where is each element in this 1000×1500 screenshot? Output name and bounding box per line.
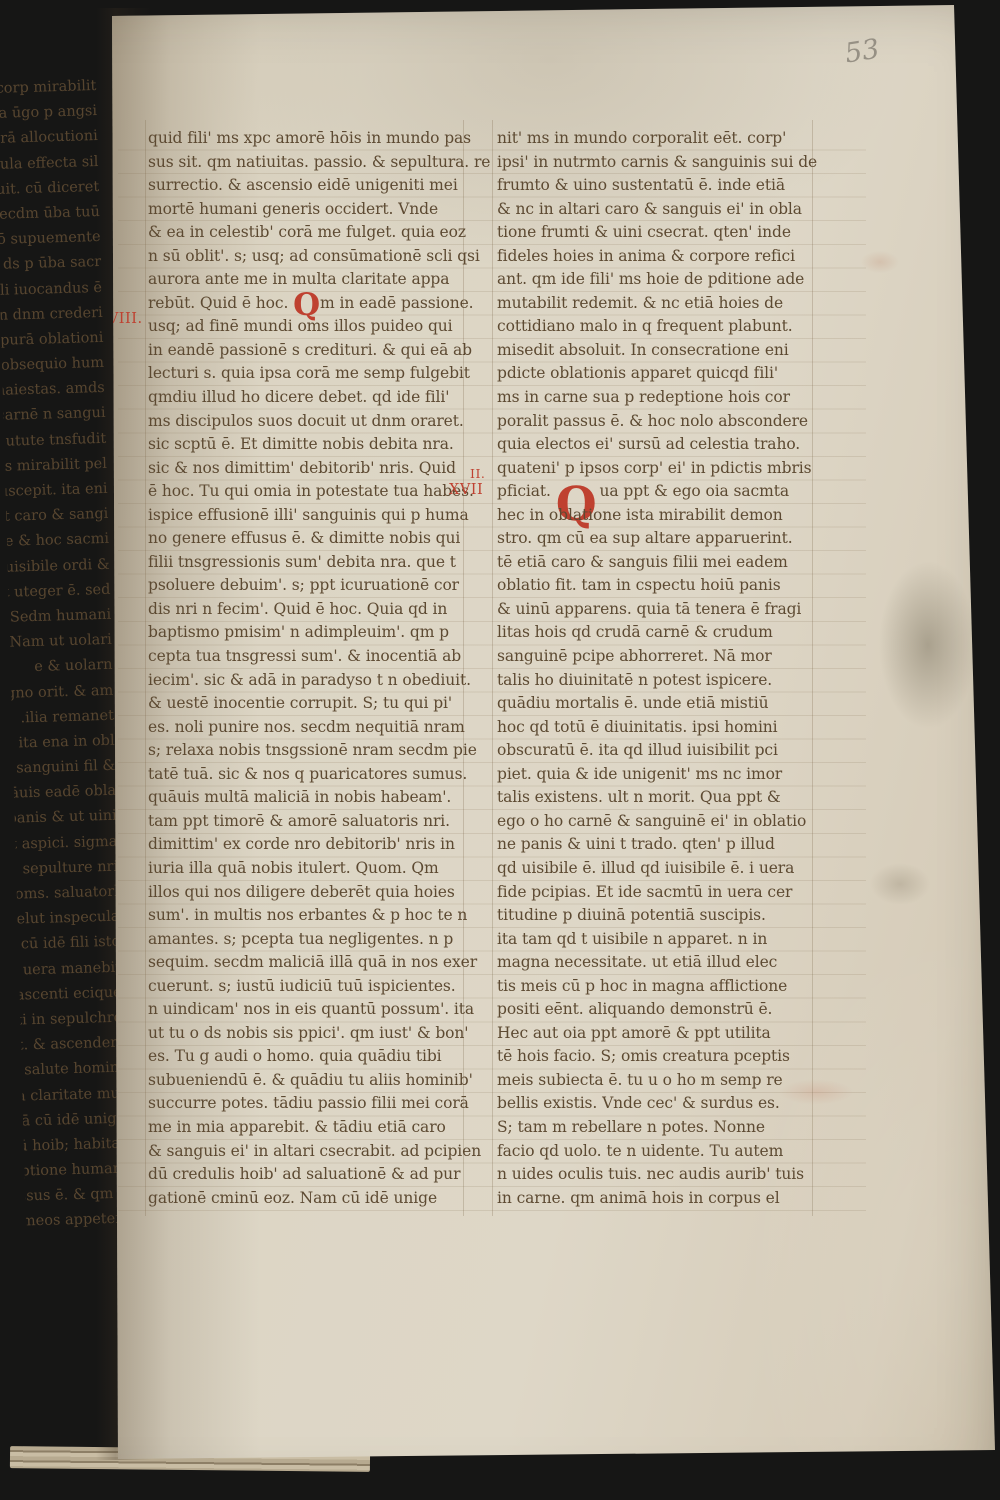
manuscript-text-line: sic & nos dimittim' debitorib' nris. Qui… [148,457,478,481]
manuscript-text-line: cuerunt. s; iustū iudiciū tuū ispiciente… [148,975,478,999]
manuscript-text-line: quādiu mortalis ē. unde etiā mistiū [497,692,827,716]
gutter-line: carnē n sangui [3,401,106,429]
manuscript-text-line: S; tam m rebellare n potes. Nonne [497,1116,827,1140]
manuscript-text-line: nit' ms in mundo corporalit eēt. corp' [497,127,827,151]
manuscript-text-line: usq; ad finē mundi oms illos puideo qui [148,315,478,339]
manuscript-text-line: gationē cminū eoz. Nam cū idē unige [148,1187,478,1211]
manuscript-text-line: magna necessitate. ut etiā illud elec [497,951,827,975]
manuscript-text-line: & nc in altari caro & sanguis ei' in obl… [497,198,827,222]
manuscript-text-line: surrectio. & ascensio eidē unigeniti mei [148,174,478,198]
manuscript-text-line: mutabilit redemit. & nc etiā hoies de [497,292,827,316]
manuscript-text-line: in carne. qm animā hois in corpus el [497,1187,827,1211]
manuscript-text-line: tione frumti & uini csecrat. qten' inde [497,221,827,245]
manuscript-text-line: tam ppt timorē & amorē saluatoris nri. [148,810,478,834]
manuscript-text-line: no genere effusus ē. & dimitte nobis qui [148,527,478,551]
manuscript-text-line: hoc qd totū ē diuinitatis. ipsi homini [497,716,827,740]
manuscript-text-line: quāuis multā maliciā in nobis habeam'. [148,786,478,810]
manuscript-text-line: tē hois facio. S; omis creatura pceptis [497,1045,827,1069]
manuscript-text-line: poralit passus ē. & hoc nolo abscondere [497,410,827,434]
manuscript-text-line: piet. quia & ide unigenit' ms nc imor [497,763,827,787]
manuscript-text-line: ita tam qd t uisibile n apparet. n in [497,928,827,952]
manuscript-text-line: es. Tu g audi o homo. quia quādiu tibi [148,1045,478,1069]
manuscript-text-line: positi eēnt. aliquando demonstrū ē. [497,998,827,1022]
manuscript-text-line: me in mia apparebit. & tādiu etiā caro [148,1116,478,1140]
manuscript-text-line: succurre potes. tādiu passio filii mei c… [148,1092,478,1116]
manuscript-text-line: es. noli punire nos. secdm nequitiā nram [148,716,478,740]
manuscript-text-line: sic scptū ē. Et dimitte nobis debita nra… [148,433,478,457]
manuscript-text-line: ant. qm ide fili' ms hoie de pditione ad… [497,268,827,292]
manuscript-text-line: s; relaxa nobis tnsgssionē nram secdm pi… [148,739,478,763]
manuscript-text-line: & ea in celestib' corā me fulget. quia e… [148,221,478,245]
manuscript-text-line: ms discipulos suos docuit ut dnm oraret. [148,410,478,434]
manuscript-text-line: oblatio fit. tam in cspectu hoiū panis [497,574,827,598]
manuscript-text-line: tē etiā caro & sanguis filii mei eadem [497,551,827,575]
folio-number-pencil: 53 [843,34,882,70]
manuscript-text-line: dū credulis hoib' ad saluationē & ad pur [148,1163,478,1187]
manuscript-text-line: pdicte oblationis apparet quicqd fili' [497,362,827,386]
manuscript-text-line: ipsi' in nutrmto carnis & sanguinis sui … [497,151,827,175]
manuscript-text-line: bellis existis. Vnde cec' & surdus es. [497,1092,827,1116]
manuscript-text-line: ego o ho carnē & sanguinē ei' in oblatio [497,810,827,834]
gutter-line: ō uerā allocutioni [0,124,98,152]
manuscript-text-line: fide pcipias. Et ide sacmtū in uera cer [497,881,827,905]
manuscript-text-line: meis subiecta ē. tu u o ho m semp re [497,1069,827,1093]
manuscript-text-line: cepta tua tnsgressi sum'. & inocentiā ab [148,645,478,669]
gutter-line: s mirabilit pel [5,452,108,480]
manuscript-text-line: stro. qm cū ea sup altare apparuerint. [497,527,827,551]
manuscript-text-line: qd uisibile ē. illud qd iuisibile ē. i u… [497,857,827,881]
gutter-line: dit in dnm crederi [0,301,103,329]
manuscript-text-line: & sanguis ei' in altari csecrabit. ad pc… [148,1140,478,1164]
manuscript-text-line: iecim'. sic & adā in paradyso t n obediu… [148,669,478,693]
gutter-line: nuit. cū diceret. [0,175,100,203]
manuscript-text-line: quia electos ei' sursū ad celestia traho… [497,433,827,457]
manuscript-text-line: sus sit. qm natiuitas. passio. & sepultu… [148,151,478,175]
manuscript-text-line: baptismo pmisim' n adimpleuim'. qm p [148,621,478,645]
manuscript-text-line: ne panis & uini t trado. qten' p illud [497,833,827,857]
gutter-line: ui purā oblationi [1,326,104,354]
manuscript-text-line: hec in oblatione ista mirabilit demon [497,504,827,528]
gutter-line: oū scō supuemente [0,225,101,253]
manuscript-text-line: ut tu o ds nobis sis ppici'. qm iust' & … [148,1022,478,1046]
gutter-line: n secdm ūba tuū. [0,200,100,228]
manuscript-text-line: quid fili' ms xpc amorē hōis in mundo pa… [148,127,478,151]
manuscript-text-line: talis ho diuinitatē n potest ispicere. [497,669,827,693]
manuscript-text-line: iuria illa quā nobis itulert. Quom. Qm [148,857,478,881]
chapter-marginal-ii: II. [470,466,485,481]
manuscript-text-line: quateni' p ipsos corp' ei' in pdictis mb… [497,457,827,481]
gutter-line: mpe ds p ūba sacr [0,250,102,278]
manuscript-text-line: dimittim' ex corde nro debitorib' nris i… [148,833,478,857]
manuscript-text-line: sum'. in multis nos erbantes & p hoc te … [148,904,478,928]
manuscript-photo: nanū corp mirabilitbeata ūgo p angsiō ue… [0,0,1000,1500]
manuscript-text-line: titudine p diuinā potentiā suscipis. [497,904,827,928]
manuscript-text-line: facio qd uolo. te n uidente. Tu autem [497,1140,827,1164]
manuscript-text-line: mortē humani generis occidert. Vnde [148,198,478,222]
gutter-line: de & hoc sacmi [7,527,110,555]
text-column-left: quid fili' ms xpc amorē hōis in mundo pa… [148,127,478,1210]
manuscript-text-line: sanguinē pcipe abhorreret. Nā mor [497,645,827,669]
gutter-line: beata ūgo p angsi [0,99,97,127]
manuscript-text-line: ē hoc. Tu qui omia in potestate tua habe… [148,480,478,504]
manuscript-text-line: misedit absoluit. In consecratione eni [497,339,827,363]
manuscript-text-line: tatē tuā. sic & nos q puaricatores sumus… [148,763,478,787]
manuscript-text-line: n uindicam' nos in eis quantū possum'. i… [148,998,478,1022]
manuscript-text-line: frumto & uino sustentatū ē. inde etiā [497,174,827,198]
manuscript-text-line: amantes. s; pcepta tua negligentes. n p [148,928,478,952]
chapter-marginal-xvii: XVII [449,482,483,498]
manuscript-text-line: litas hois qd crudā carnē & crudum [497,621,827,645]
manuscript-text-line: & uinū apparens. quia tā tenera ē fragi [497,598,827,622]
manuscript-text-line: sequim. secdm maliciā illā quā in nos ex… [148,951,478,975]
manuscript-text-line: & uestē inocentie corrupit. S; tu qui pi… [148,692,478,716]
manuscript-text-line: illos qui nos diligere deberēt quia hoie… [148,881,478,905]
manuscript-text-line: ms in carne sua p redeptione hois cor [497,386,827,410]
gutter-line: lit caro & sangi [6,502,109,530]
gutter-line: & uisibile ordi [7,552,110,580]
manuscript-text-line: pficiat. Qua ppt & ego oia sacmta [497,480,827,504]
manuscript-text-line: qmdiu illud ho dicere debet. qd ide fili… [148,386,478,410]
manuscript-page: 53 XVIII. II. XVII quid fili' ms xpc amo… [0,0,1000,1500]
manuscript-text-line: ispice effusionē illi' sanguinis qui p h… [148,504,478,528]
manuscript-text-line: psoluere debuim'. s; ppt icuruationē cor [148,574,478,598]
manuscript-text-line: filii tnsgressionis sum' debita nra. que… [148,551,478,575]
manuscript-text-line: rebūt. Quid ē hoc. Qm in eadē passione. [148,292,478,316]
gutter-line: nanū corp mirabilit [0,74,97,102]
manuscript-text-line: fideles hoies in anima & corpore refici [497,245,827,269]
manuscript-text-line: subueniendū ē. & quādiu tu aliis hominib… [148,1069,478,1093]
manuscript-text-line: lecturi s. quia ipsa corā me semp fulgeb… [148,362,478,386]
manuscript-text-line: cottidiano malo in q frequent plabunt. [497,315,827,339]
manuscript-text-line: n sū oblit'. s; usq; ad consūmationē scl… [148,245,478,269]
gutter-line: suscepit. ita eni [5,477,108,505]
manuscript-text-line: obscuratū ē. ita qd illud iuisibilit pci [497,739,827,763]
text-column-right: nit' ms in mundo corporalit eēt. corp'ip… [497,127,827,1210]
gutter-line: utute tnsfudit [4,426,107,454]
vertical-ruling-left [145,120,146,1216]
gutter-line: a maiestas. amds [2,376,105,404]
vertical-ruling-mid2 [492,120,493,1216]
gutter-line: in obsequio hum [2,351,105,379]
gutter-line: redula effecta sil [0,150,99,178]
manuscript-text-line: dis nri n fecim'. Quid ē hoc. Quia qd in [148,598,478,622]
gutter-line: ali iuocandus ē. [0,275,102,303]
manuscript-text-line: in eandē passionē s credituri. & qui eā … [148,339,478,363]
manuscript-text-line: n uides oculis tuis. nec audis aurib' tu… [497,1163,827,1187]
manuscript-text-line: Hec aut oia ppt amorē & ppt utilita [497,1022,827,1046]
manuscript-text-line: talis existens. ult n morit. Qua ppt & [497,786,827,810]
manuscript-text-line: tis meis cū p hoc in magna afflictione [497,975,827,999]
